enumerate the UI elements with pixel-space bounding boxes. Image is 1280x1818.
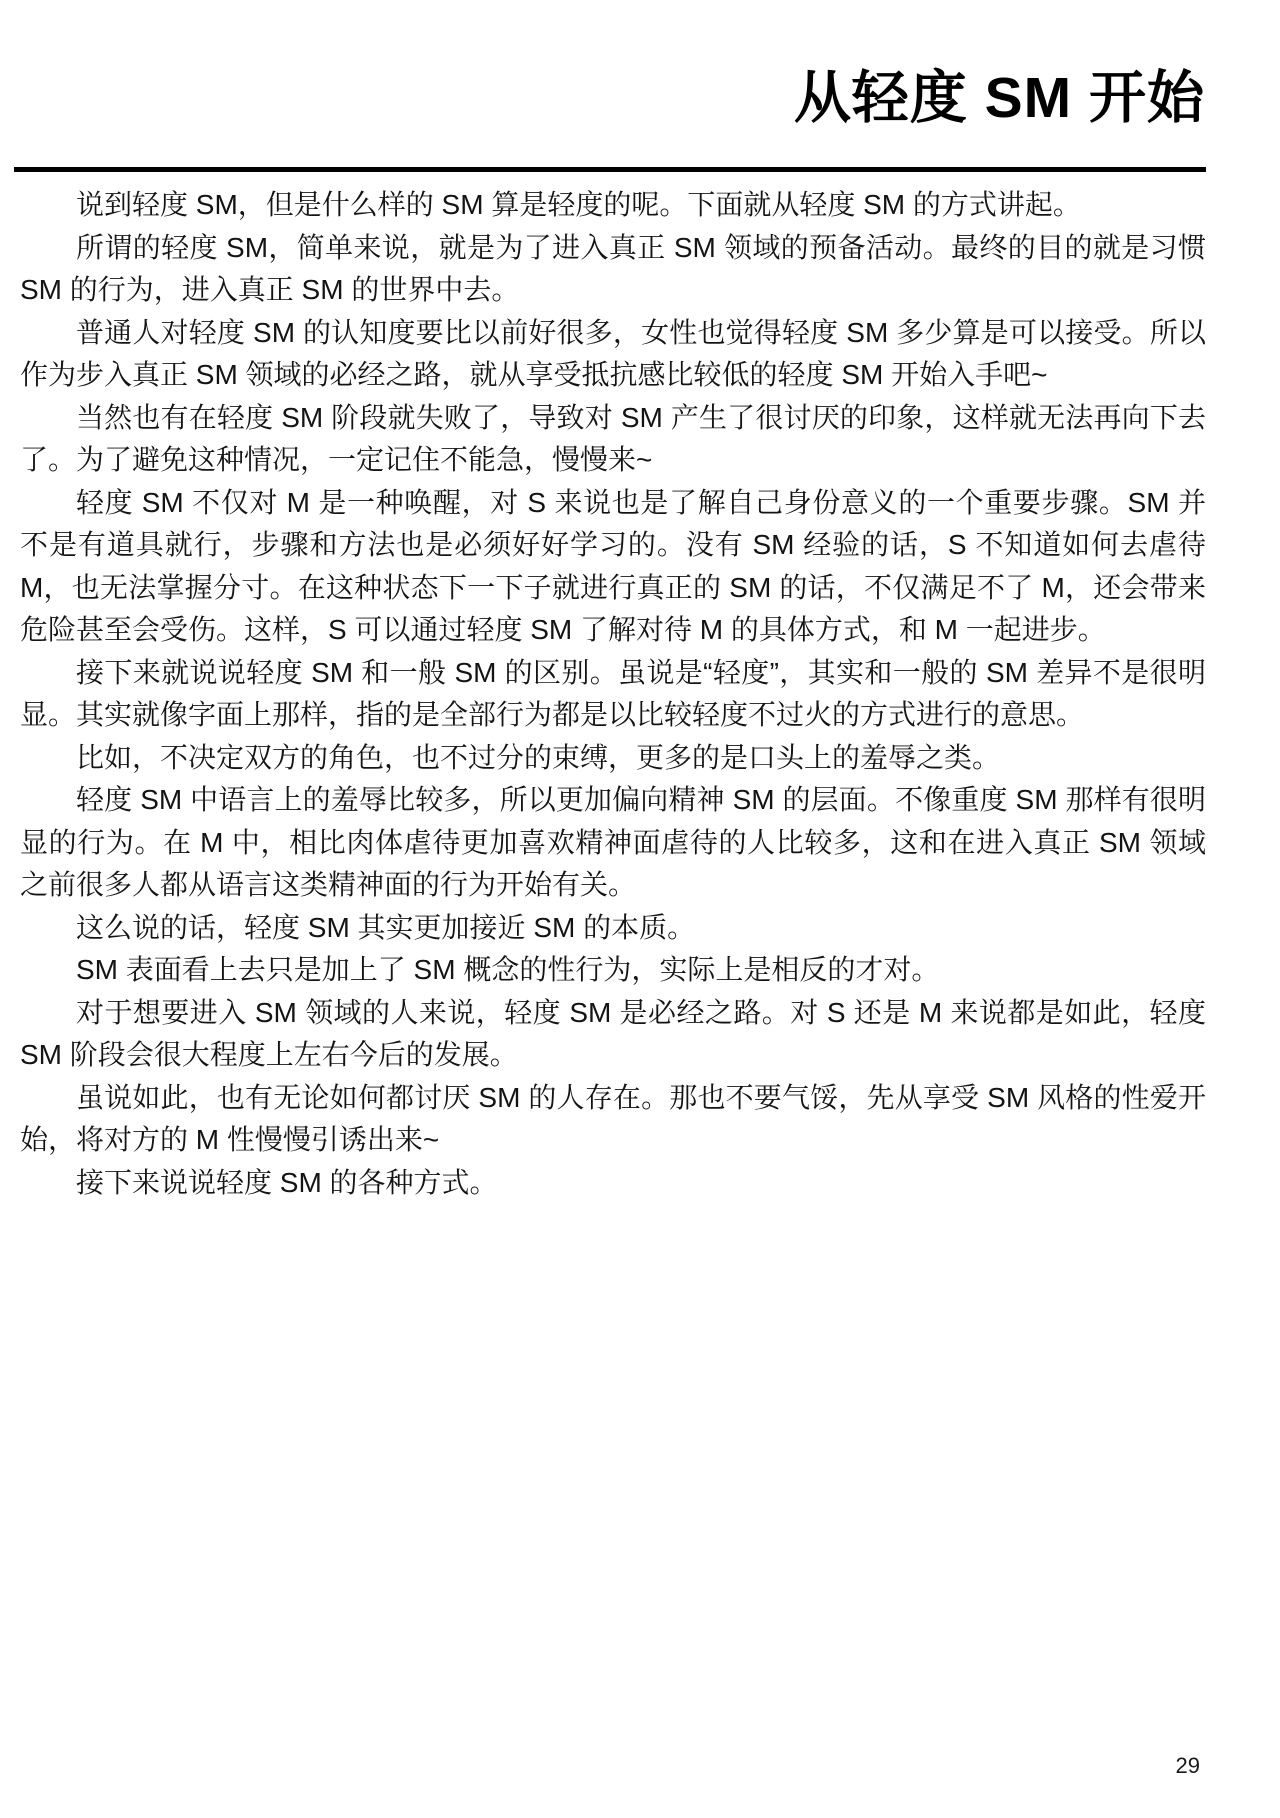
page-header: 从轻度 SM 开始 (15, 66, 1205, 132)
paragraph: 当然也有在轻度 SM 阶段就失败了，导致对 SM 产生了很讨厌的印象，这样就无法… (20, 397, 1206, 482)
page-title: 从轻度 SM 开始 (15, 66, 1205, 132)
paragraph: 接下来就说说轻度 SM 和一般 SM 的区别。虽说是“轻度”，其实和一般的 SM… (20, 652, 1206, 737)
title-divider (14, 167, 1206, 172)
paragraph: 轻度 SM 中语言上的羞辱比较多，所以更加偏向精神 SM 的层面。不像重度 SM… (20, 779, 1206, 907)
paragraph: 对于想要进入 SM 领域的人来说，轻度 SM 是必经之路。对 S 还是 M 来说… (20, 992, 1206, 1077)
paragraph: 比如，不决定双方的角色，也不过分的束缚，更多的是口头上的羞辱之类。 (20, 737, 1206, 780)
paragraph: 虽说如此，也有无论如何都讨厌 SM 的人存在。那也不要气馁，先从享受 SM 风格… (20, 1077, 1206, 1162)
paragraph: 轻度 SM 不仅对 M 是一种唤醒，对 S 来说也是了解自己身份意义的一个重要步… (20, 482, 1206, 652)
paragraph: SM 表面看上去只是加上了 SM 概念的性行为，实际上是相反的才对。 (20, 949, 1206, 992)
page-number: 29 (1176, 1755, 1200, 1777)
paragraph: 接下来说说轻度 SM 的各种方式。 (20, 1162, 1206, 1205)
paragraph: 这么说的话，轻度 SM 其实更加接近 SM 的本质。 (20, 907, 1206, 950)
paragraph: 普通人对轻度 SM 的认知度要比以前好很多，女性也觉得轻度 SM 多少算是可以接… (20, 312, 1206, 397)
paragraph: 所谓的轻度 SM，简单来说，就是为了进入真正 SM 领域的预备活动。最终的目的就… (20, 227, 1206, 312)
document-page: 从轻度 SM 开始 说到轻度 SM，但是什么样的 SM 算是轻度的呢。下面就从轻… (0, 0, 1280, 1818)
body-text: 说到轻度 SM，但是什么样的 SM 算是轻度的呢。下面就从轻度 SM 的方式讲起… (20, 184, 1206, 1204)
paragraph: 说到轻度 SM，但是什么样的 SM 算是轻度的呢。下面就从轻度 SM 的方式讲起… (20, 184, 1206, 227)
